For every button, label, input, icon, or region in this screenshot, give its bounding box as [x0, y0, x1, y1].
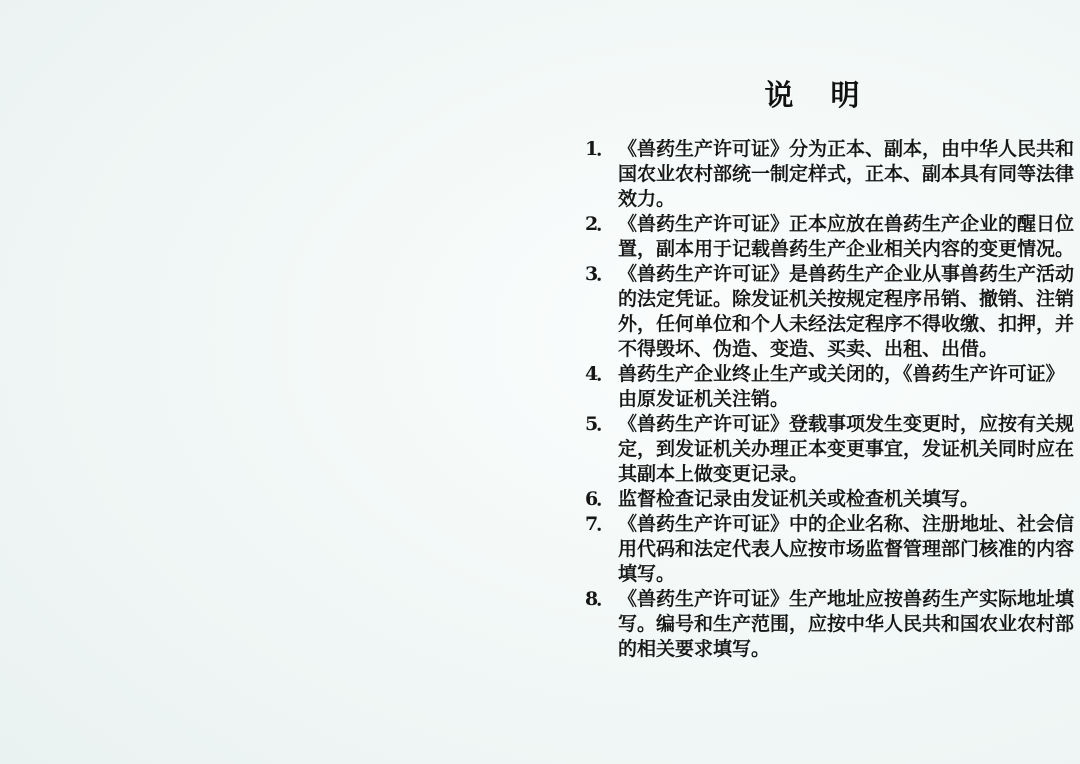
notice-block: 说 明 1．《兽药生产许可证》分为正本、副本，由中华人民共和 国农业农村部统一制…	[585, 78, 1043, 662]
notice-item: 5．《兽药生产许可证》登载事项发生变更时，应按有关规 定，到发证机关办理正本变更…	[585, 412, 1043, 487]
item-number: 6．	[585, 487, 618, 512]
notice-item: 4．兽药生产企业终止生产或关闭的，《兽药生产许可证》 由原发证机关注销。	[585, 362, 1043, 412]
item-number: 1．	[585, 137, 618, 162]
item-text: 《兽药生产许可证》分为正本、副本，由中华人民共和 国农业农村部统一制定样式，正本…	[618, 137, 1074, 212]
notice-item: 8．《兽药生产许可证》生产地址应按兽药生产实际地址填 写。编号和生产范围，应按中…	[585, 587, 1043, 662]
item-number: 4．	[585, 362, 618, 387]
item-text: 《兽药生产许可证》登载事项发生变更时，应按有关规 定，到发证机关办理正本变更事宜…	[618, 412, 1074, 487]
item-number: 3．	[585, 262, 618, 287]
item-text: 《兽药生产许可证》正本应放在兽药生产企业的醒日位 置，副本用于记载兽药生产企业相…	[618, 212, 1074, 262]
item-number: 5．	[585, 412, 618, 437]
item-text: 兽药生产企业终止生产或关闭的，《兽药生产许可证》 由原发证机关注销。	[618, 362, 1065, 412]
item-number: 7．	[585, 512, 618, 537]
item-text: 《兽药生产许可证》中的企业名称、注册地址、社会信 用代码和法定代表人应按市场监督…	[618, 512, 1074, 587]
item-number: 2．	[585, 212, 618, 237]
document-page: 说 明 1．《兽药生产许可证》分为正本、副本，由中华人民共和 国农业农村部统一制…	[0, 0, 1080, 764]
notice-item: 1．《兽药生产许可证》分为正本、副本，由中华人民共和 国农业农村部统一制定样式，…	[585, 137, 1043, 212]
page-title: 说 明	[585, 78, 1043, 112]
notice-item: 7．《兽药生产许可证》中的企业名称、注册地址、社会信 用代码和法定代表人应按市场…	[585, 512, 1043, 587]
item-text: 《兽药生产许可证》生产地址应按兽药生产实际地址填 写。编号和生产范围，应按中华人…	[618, 587, 1074, 662]
notice-item: 2．《兽药生产许可证》正本应放在兽药生产企业的醒日位 置，副本用于记载兽药生产企…	[585, 212, 1043, 262]
notice-list: 1．《兽药生产许可证》分为正本、副本，由中华人民共和 国农业农村部统一制定样式，…	[585, 137, 1043, 662]
notice-item: 3．《兽药生产许可证》是兽药生产企业从事兽药生产活动 的法定凭证。除发证机关按规…	[585, 262, 1043, 362]
item-text: 《兽药生产许可证》是兽药生产企业从事兽药生产活动 的法定凭证。除发证机关按规定程…	[618, 262, 1074, 362]
item-text: 监督检查记录由发证机关或检查机关填写。	[618, 487, 1043, 512]
notice-item: 6．监督检查记录由发证机关或检查机关填写。	[585, 487, 1043, 512]
item-number: 8．	[585, 587, 618, 612]
